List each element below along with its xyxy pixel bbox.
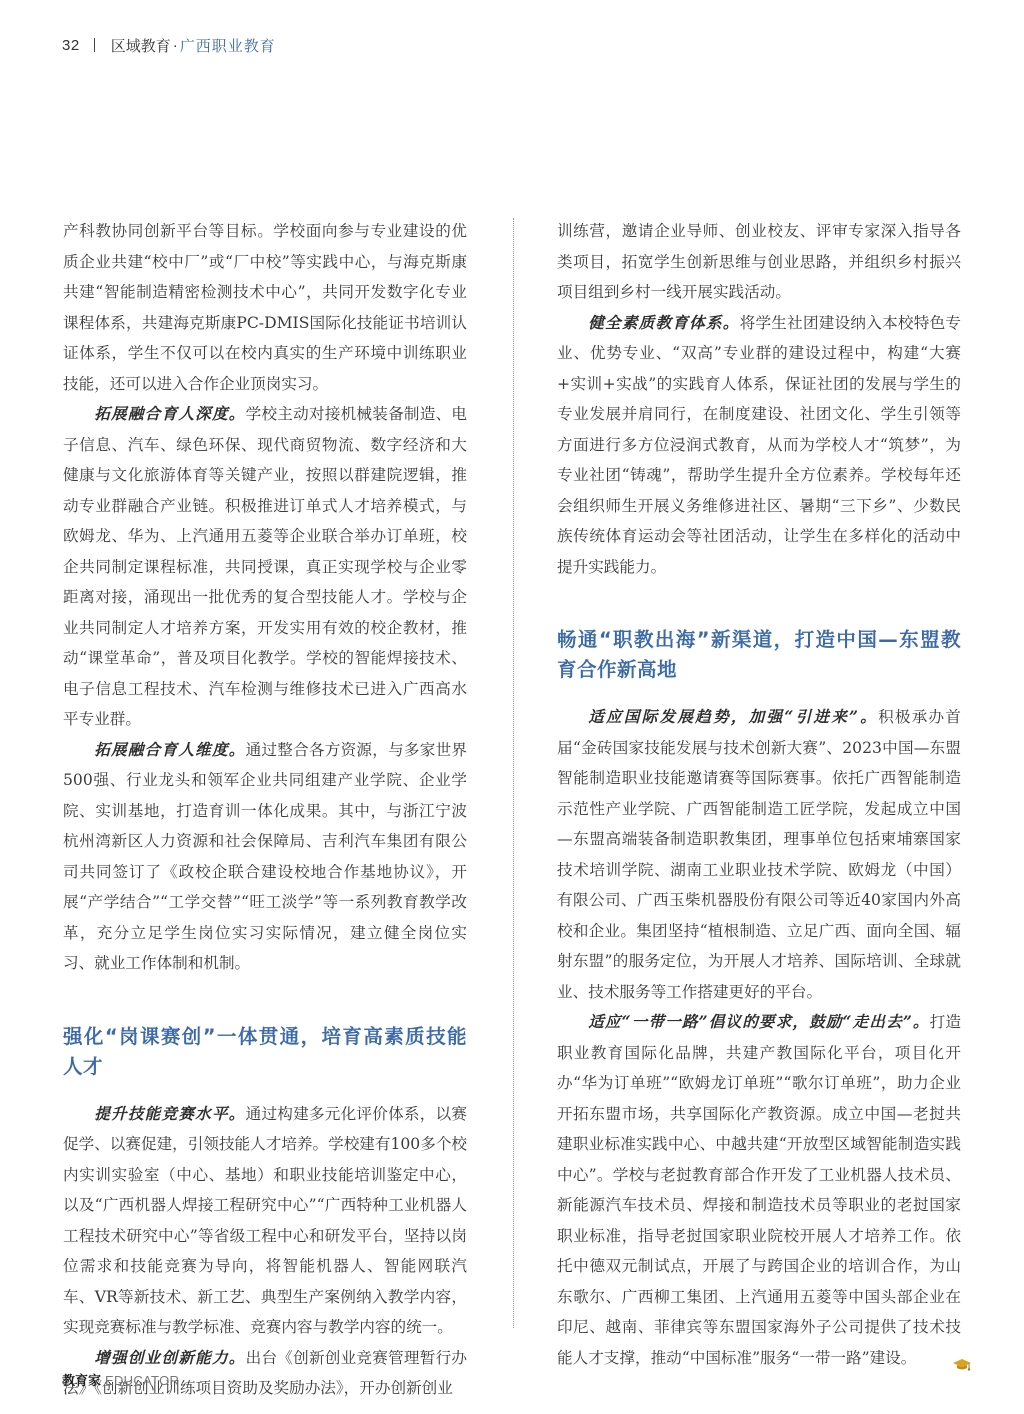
paragraph: 健全素质教育体系。将学生社团建设纳入本校特色专业、优势专业、“双高”专业群的建设… (557, 308, 961, 583)
paragraph: 产科教协同创新平台等目标。学校面向参与专业建设的优质企业共建“校中厂”或“厂中校… (63, 216, 467, 399)
paragraph: 适应“一带一路”倡议的要求，鼓励“走出去”。打造职业教育国际化品牌，共建产教国际… (557, 1007, 961, 1373)
paragraph-lead: 适应国际发展趋势，加强“引进来”。 (588, 707, 878, 726)
paragraph-lead: 拓展融合育人维度。 (94, 740, 245, 759)
paragraph-body: 打造职业教育国际化品牌，共建产教国际化平台，项目化开办“华为订单班”“欧姆龙订单… (557, 1013, 961, 1367)
paragraph: 拓展融合育人维度。通过整合各方资源，与多家世界500强、行业龙头和领军企业共同组… (63, 735, 467, 979)
paragraph-body: 积极承办首届“金砖国家技能发展与技术创新大赛”、2023中国—东盟智能制造职业技… (557, 708, 961, 1001)
header-divider (94, 38, 95, 52)
paragraph-body: 学校主动对接机械装备制造、电子信息、汽车、绿色环保、现代商贸物流、数字经济和大健… (63, 405, 467, 728)
paragraph-lead: 提升技能竞赛水平。 (94, 1104, 245, 1123)
header-section: 区域教育 (111, 35, 171, 56)
paragraph: 训练营，邀请企业导师、创业校友、评审专家深入指导各类项目，拓宽学生创新思维与创业… (557, 216, 961, 308)
paragraph-lead: 增强创业创新能力。 (94, 1348, 245, 1367)
paragraph-body: 将学生社团建设纳入本校特色专业、优势专业、“双高”专业群的建设过程中，构建“大赛… (557, 314, 961, 576)
running-header: 32 区域教育 · 广西职业教育 (62, 33, 276, 57)
paragraph: 适应国际发展趋势，加强“引进来”。积极承办首届“金砖国家技能发展与技术创新大赛”… (557, 702, 961, 1007)
paragraph-lead: 适应“一带一路”倡议的要求，鼓励“走出去”。 (588, 1012, 929, 1031)
section-heading: 畅通“职教出海”新渠道，打造中国—东盟教育合作新高地 (557, 625, 961, 685)
section-heading: 强化“岗课赛创”一体贯通，培育高素质技能人才 (63, 1022, 467, 1082)
header-dot: · (173, 37, 178, 54)
paragraph-body: 通过整合各方资源，与多家世界500强、行业龙头和领军企业共同组建产业学院、企业学… (63, 741, 467, 973)
paragraph: 拓展融合育人深度。学校主动对接机械装备制造、电子信息、汽车、绿色环保、现代商贸物… (63, 399, 467, 735)
magazine-brand-en: EDUCATOR (105, 1373, 179, 1388)
paragraph-body: 通过构建多元化评价体系，以赛促学、以赛促建，引领技能人才培养。学校建有100多个… (63, 1105, 467, 1337)
header-subsection: 广西职业教育 (180, 35, 276, 56)
paragraph-lead: 拓展融合育人深度。 (94, 404, 245, 423)
magazine-brand: 教育家 (62, 1370, 101, 1389)
page-number: 32 (62, 37, 80, 54)
right-column: 训练营，邀请企业导师、创业校友、评审专家深入指导各类项目，拓宽学生创新思维与创业… (557, 216, 961, 1373)
paragraph: 提升技能竞赛水平。通过构建多元化评价体系，以赛促学、以赛促建，引领技能人才培养。… (63, 1099, 467, 1343)
running-footer: 教育家 EDUCATOR (62, 1370, 179, 1389)
graduation-cap-icon (920, 1352, 940, 1366)
paragraph-lead: 健全素质教育体系。 (588, 313, 739, 332)
left-column: 产科教协同创新平台等目标。学校面向参与专业建设的优质企业共建“校中厂”或“厂中校… (63, 216, 467, 1404)
column-divider (513, 218, 514, 1328)
